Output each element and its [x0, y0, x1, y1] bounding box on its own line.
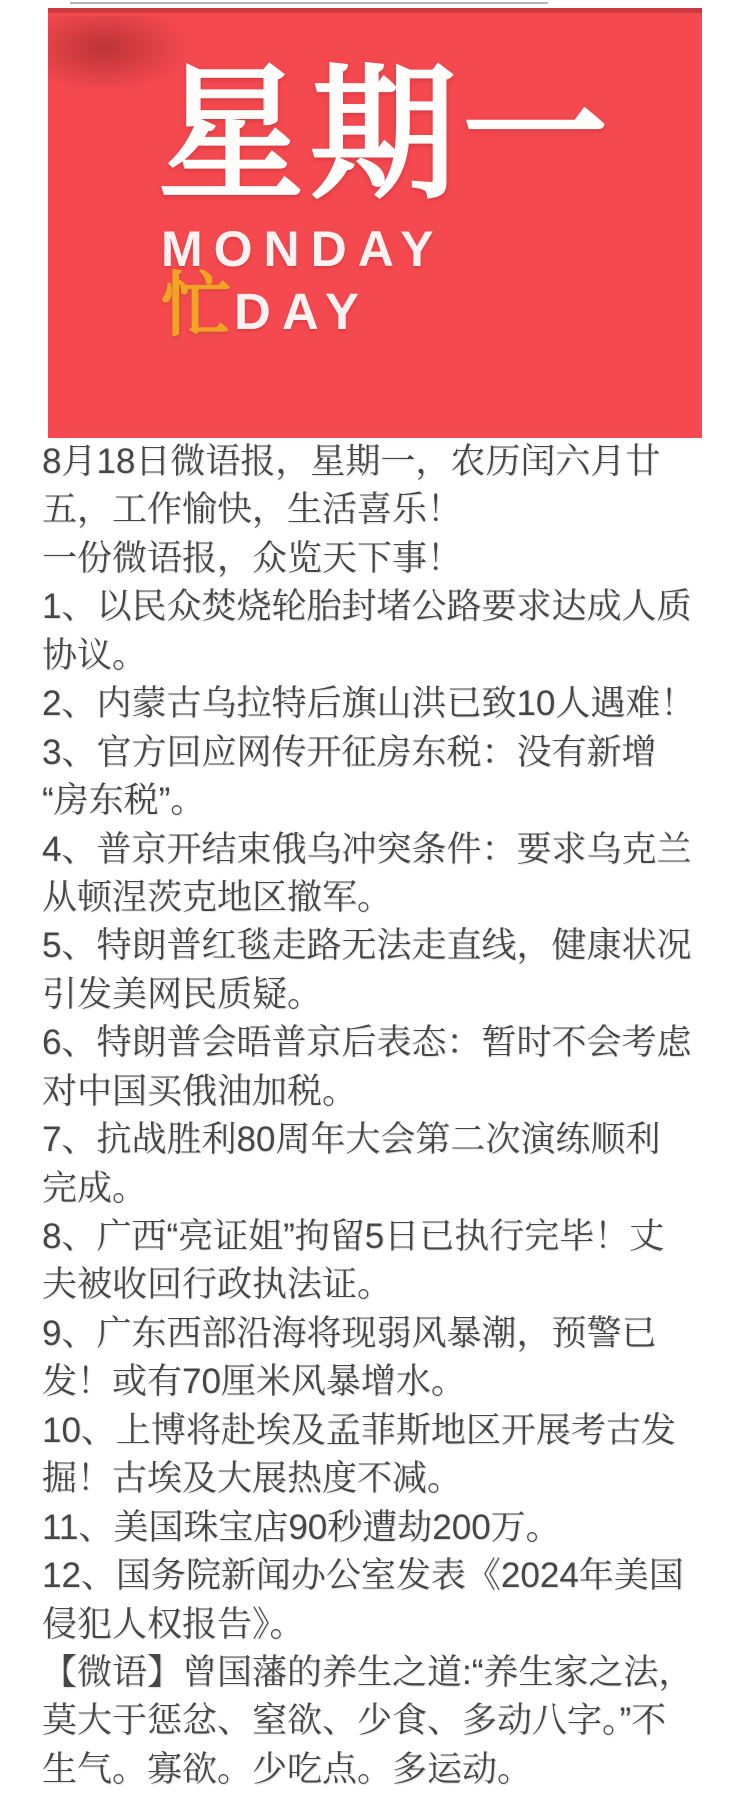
digest-paragraph-news-5: 5、特朗普红毯走路无法走直线，健康状况引发美网民质疑。: [42, 922, 710, 1019]
text-line: 5、特朗普红毯走路无法走直线，健康状况: [42, 922, 710, 970]
digest-paragraph-news-9: 9、广东西部沿海将现弱风暴潮，预警已发！或有70厘米风暴增水。: [42, 1310, 710, 1407]
text-line: 发！或有70厘米风暴增水。: [42, 1358, 710, 1406]
text-line: 9、广东西部沿海将现弱风暴潮，预警已: [42, 1310, 710, 1358]
top-edge-artifact-line: [70, 2, 548, 4]
text-line: 8、广西“亮证姐”拘留5日已执行完毕！丈: [42, 1213, 710, 1261]
text-line: 4、普京开结束俄乌冲突条件：要求乌克兰: [42, 826, 710, 874]
text-line: 10、上博将赴埃及孟菲斯地区开展考古发: [42, 1407, 710, 1455]
digest-paragraph-weiyu: 【微语】曾国藩的养生之道:“养生家之法，莫大于惩忿、窒欲、少食、多动八字。”不生…: [42, 1649, 710, 1794]
text-line: 协议。: [42, 632, 710, 680]
digest-paragraph-news-2: 2、内蒙古乌拉特后旗山洪已致10人遇难！: [42, 680, 710, 728]
text-line: 侵犯人权报告》。: [42, 1601, 710, 1649]
daily-digest-text: 8月18日微语报，星期一，农历闰六月廿五，工作愉快，生活喜乐！一份微语报，众览天…: [42, 438, 710, 1794]
digest-paragraph-news-11: 11、美国珠宝店90秒遭劫200万。: [42, 1504, 710, 1552]
text-line: 引发美网民质疑。: [42, 971, 710, 1019]
banner-busy-day-label: 忙DAY: [161, 270, 370, 340]
text-line: 8月18日微语报，星期一，农历闰六月廿: [42, 438, 710, 486]
digest-paragraph-news-6: 6、特朗普会晤普京后表态：暂时不会考虑对中国买俄油加税。: [42, 1019, 710, 1116]
text-line: 一份微语报，众览天下事！: [42, 535, 710, 583]
text-line: 生气。寡欲。少吃点。多运动。: [42, 1746, 710, 1794]
digest-paragraph-intro: 8月18日微语报，星期一，农历闰六月廿五，工作愉快，生活喜乐！: [42, 438, 710, 535]
digest-paragraph-news-10: 10、上博将赴埃及孟菲斯地区开展考古发掘！古埃及大展热度不减。: [42, 1407, 710, 1504]
text-line: 对中国买俄油加税。: [42, 1068, 710, 1116]
text-line: “房东税”。: [42, 777, 710, 825]
text-line: 莫大于惩忿、窒欲、少食、多动八字。”不: [42, 1697, 710, 1745]
text-line: 五，工作愉快，生活喜乐！: [42, 486, 710, 534]
text-line: 2、内蒙古乌拉特后旗山洪已致10人遇难！: [42, 680, 710, 728]
text-line: 完成。: [42, 1165, 710, 1213]
busy-char: 忙: [161, 266, 231, 344]
digest-paragraph-news-7: 7、抗战胜利80周年大会第二次演练顺利完成。: [42, 1116, 710, 1213]
busy-rest: DAY: [234, 283, 370, 340]
banner-weekday-title: 星期一: [158, 62, 614, 208]
text-line: 【微语】曾国藩的养生之道:“养生家之法，: [42, 1649, 710, 1697]
digest-paragraph-news-8: 8、广西“亮证姐”拘留5日已执行完毕！丈夫被收回行政执法证。: [42, 1213, 710, 1310]
digest-paragraph-news-4: 4、普京开结束俄乌冲突条件：要求乌克兰从顿涅茨克地区撤军。: [42, 826, 710, 923]
text-line: 3、官方回应网传开征房东税：没有新增: [42, 729, 710, 777]
monday-banner: 星期一 MONDAY 忙DAY: [48, 8, 702, 438]
text-line: 6、特朗普会晤普京后表态：暂时不会考虑: [42, 1019, 710, 1067]
text-line: 掘！古埃及大展热度不减。: [42, 1455, 710, 1503]
digest-paragraph-intro: 一份微语报，众览天下事！: [42, 535, 710, 583]
text-line: 1、以民众焚烧轮胎封堵公路要求达成人质: [42, 583, 710, 631]
text-line: 从顿涅茨克地区撤军。: [42, 874, 710, 922]
text-line: 12、国务院新闻办公室发表《2024年美国: [42, 1552, 710, 1600]
text-line: 7、抗战胜利80周年大会第二次演练顺利: [42, 1116, 710, 1164]
text-line: 11、美国珠宝店90秒遭劫200万。: [42, 1504, 710, 1552]
digest-paragraph-news-3: 3、官方回应网传开征房东税：没有新增“房东税”。: [42, 729, 710, 826]
digest-paragraph-news-1: 1、以民众焚烧轮胎封堵公路要求达成人质协议。: [42, 583, 710, 680]
text-line: 夫被收回行政执法证。: [42, 1261, 710, 1309]
digest-paragraph-news-12: 12、国务院新闻办公室发表《2024年美国侵犯人权报告》。: [42, 1552, 710, 1649]
